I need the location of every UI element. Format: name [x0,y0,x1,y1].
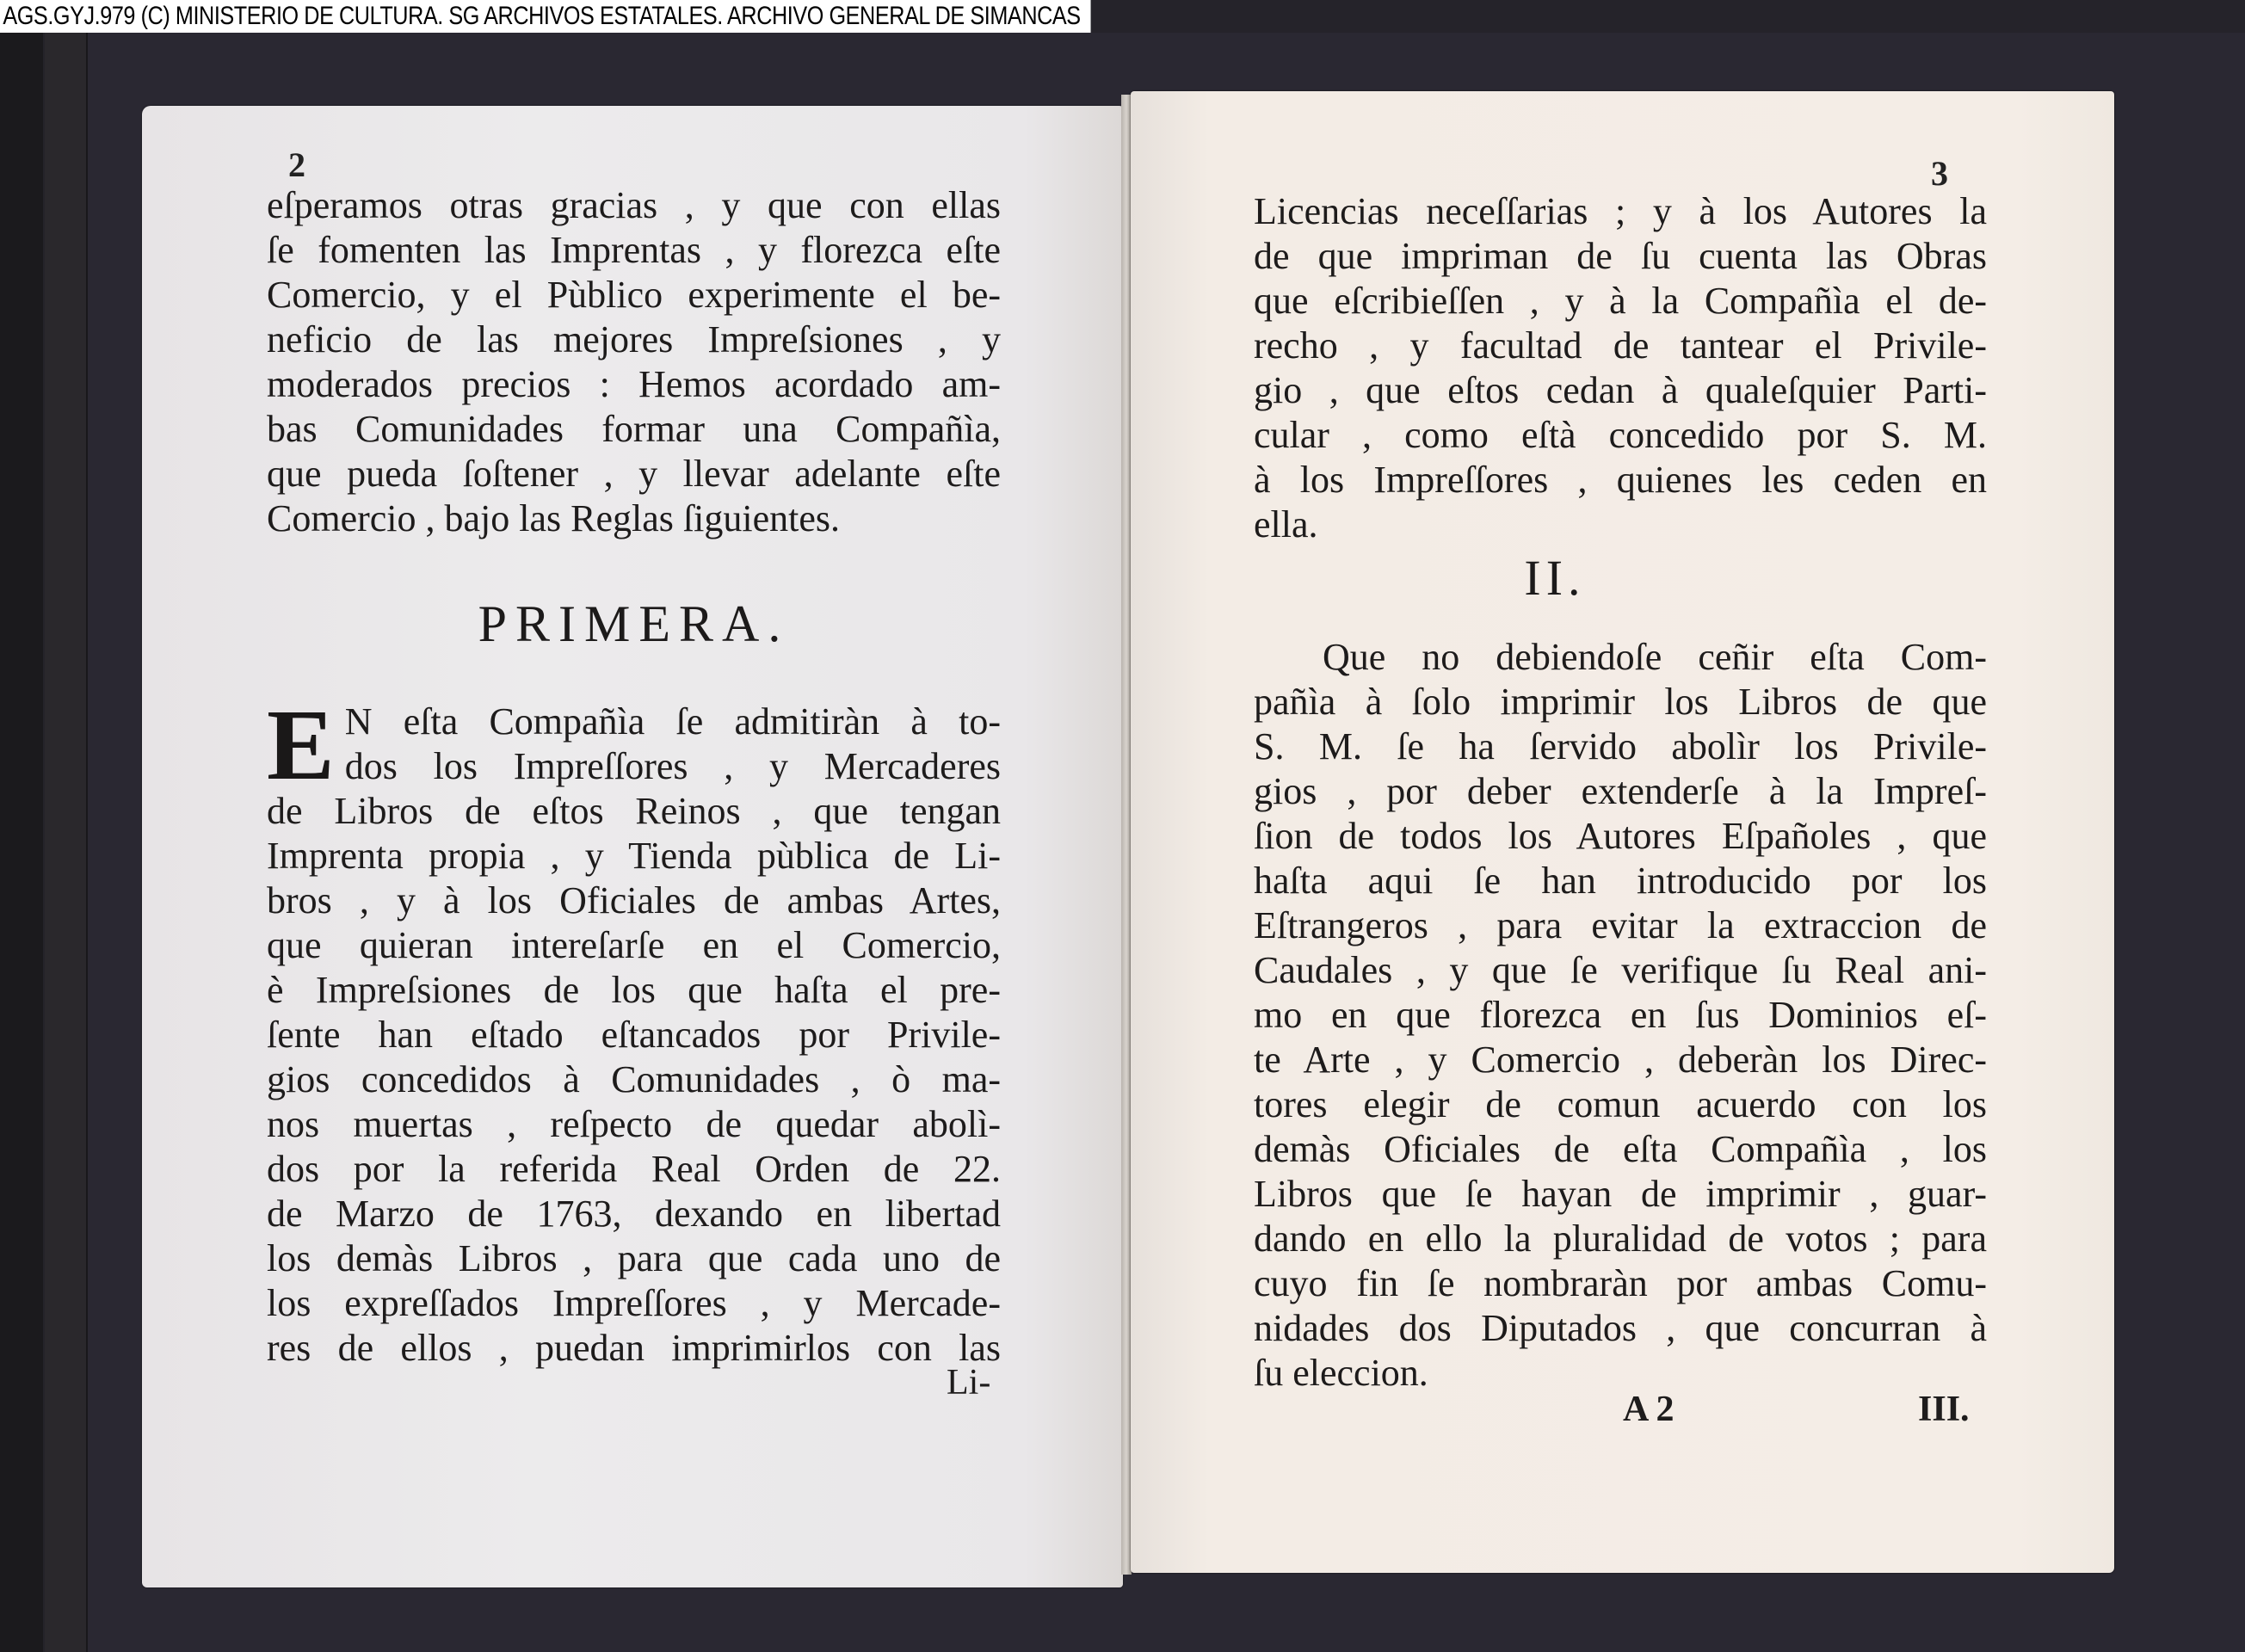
text-line: de Libros de eſtos Reinos , que tengan [267,789,1001,834]
page-number: 3 [1931,153,1948,194]
drop-cap: E [267,703,335,789]
text-line: N eſta Compañìa ſe admitiràn à to- [267,700,1001,744]
text-line: Que no debiendoſe ceñir eſta Com- [1254,635,1987,680]
text-line: Comercio , bajo las Reglas ſiguientes. [267,496,1001,541]
dropcap-block: E N eſta Compañìa ſe admitiràn à to- dos… [267,700,1001,789]
section-heading: II. [1254,549,1856,607]
text-line: ſion de todos los Autores Eſpañoles , qu… [1254,814,1987,859]
text-line: nidades dos Diputados , que concurran à [1254,1306,1987,1351]
text-line: Licencias neceſſarias ; y à los Autores … [1254,189,1987,234]
text-line: bas Comunidades formar una Compañìa, [267,407,1001,452]
right-page: 3 Licencias neceſſarias ; y à los Autore… [1131,91,2114,1573]
text-line: res de ellos , puedan imprimirlos con la… [267,1326,1001,1371]
page-number: 2 [288,145,305,185]
text-line: los demàs Libros , para que cada uno de [267,1236,1001,1281]
intro-paragraph: Licencias neceſſarias ; y à los Autores … [1254,189,1987,547]
text-line: Caudales , y que ſe verifique ſu Real an… [1254,948,1987,993]
text-line: eſperamos otras gracias , y que con ella… [267,183,1001,228]
text-line: tores elegir de comun acuerdo con los [1254,1082,1987,1127]
text-line: de Marzo de 1763, dexando en libertad [267,1192,1001,1236]
text-line: ſu eleccion. [1254,1351,1987,1396]
text-line: bros , y à los Oficiales de ambas Artes, [267,878,1001,923]
text-line: è Impreſsiones de los que haſta el pre- [267,968,1001,1013]
section-heading: PRIMERA. [267,595,1001,654]
text-line: Imprenta propia , y Tienda pùblica de Li… [267,834,1001,878]
catchword: III. [1918,1389,1970,1430]
text-line: Comercio, y el Pùblico experimente el be… [267,273,1001,317]
text-line: que quieran intereſarſe en el Comercio, [267,923,1001,968]
text-line: pañìa à ſolo imprimir los Libros de que [1254,680,1987,724]
text-line: neficio de las mejores Impreſsiones , y [267,317,1001,362]
text-line: mo en que florezca en ſus Dominios eſ- [1254,993,1987,1038]
text-line: recho , y facultad de tantear el Privile… [1254,324,1987,368]
text-line: ſe fomenten las Imprentas , y florezca e… [267,228,1001,273]
text-line: S. M. ſe ha ſervido abolìr los Privile- [1254,724,1987,769]
text-line: dos los Impreſſores , y Mercaderes [267,744,1001,789]
rule-paragraph: E N eſta Compañìa ſe admitiràn à to- dos… [267,700,1001,1371]
text-line: te Arte , y Comercio , deberàn los Direc… [1254,1038,1987,1082]
text-line: dos por la referida Real Orden de 22. [267,1147,1001,1192]
text-line: los expreſſados Impreſſores , y Mercade- [267,1281,1001,1326]
text-line: ella. [1254,502,1987,547]
text-line: gios , por deber extenderſe à la Impreſ- [1254,769,1987,814]
catchword: Li- [947,1362,990,1403]
text-line: Libros que ſe hayan de imprimir , guar- [1254,1172,1987,1217]
text-line: ſente han eſtado eſtancados por Privile- [267,1013,1001,1057]
signature-mark: A 2 [1623,1389,1674,1430]
intro-paragraph: eſperamos otras gracias , y que con ella… [267,183,1001,541]
text-line: dando en ello la pluralidad de votos ; p… [1254,1217,1987,1261]
text-line: cular , como eſtà concedido por S. M. [1254,413,1987,458]
binding-edge-inner [45,33,88,1652]
text-line: gio , que eſtos cedan à qualeſquier Part… [1254,368,1987,413]
text-line: nos muertas , reſpecto de quedar abolì- [267,1102,1001,1147]
archive-caption: AGS.GYJ.979 (C) MINISTERIO DE CULTURA. S… [0,0,1091,33]
rule-paragraph: Que no debiendoſe ceñir eſta Com- pañìa … [1254,635,1987,1396]
text-line: de que impriman de ſu cuenta las Obras [1254,234,1987,279]
text-line: à los Impreſſores , quienes les ceden en [1254,458,1987,502]
text-line: que pueda ſoſtener , y llevar adelante e… [267,452,1001,496]
text-line: gios concedidos à Comunidades , ò ma- [267,1057,1001,1102]
text-line: demàs Oficiales de eſta Compañìa , los [1254,1127,1987,1172]
text-line: moderados precios : Hemos acordado am- [267,362,1001,407]
binding-edge [0,33,43,1652]
left-page: 2 eſperamos otras gracias , y que con el… [142,106,1123,1587]
text-line: Eſtrangeros , para evitar la extraccion … [1254,903,1987,948]
text-line: cuyo fin ſe nombraràn por ambas Comu- [1254,1261,1987,1306]
text-line: que eſcribieſſen , y à la Compañìa el de… [1254,279,1987,324]
text-line: haſta aqui ſe han introducido por los [1254,859,1987,903]
